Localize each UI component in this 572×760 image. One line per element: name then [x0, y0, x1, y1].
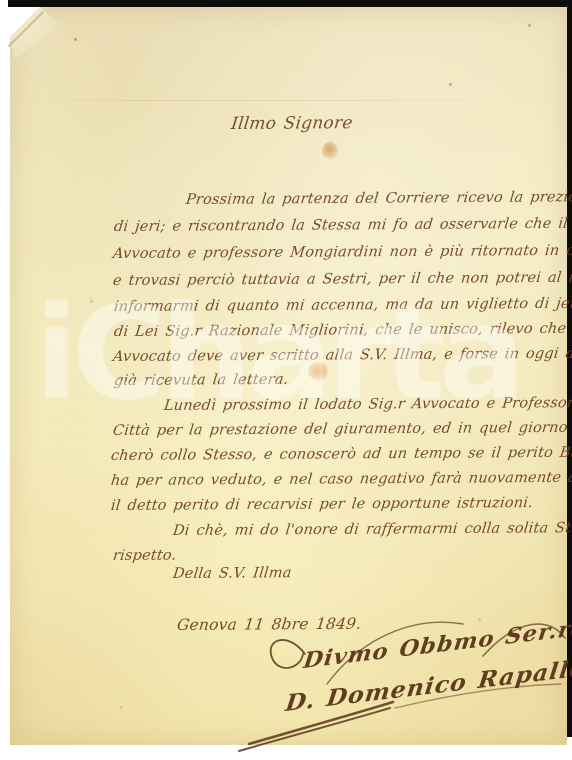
letter-line: Prossima la partenza del Corriere ricevo…: [185, 189, 572, 208]
paper-speck: [528, 24, 531, 27]
letter-line: di Lei Sig.r Razionale Migliorini, che l…: [113, 320, 572, 340]
paper-speck: [449, 83, 452, 86]
letter-line: Avvocato deve aver scritto alla S.V. Ill…: [112, 345, 572, 365]
letter-line: Lunedì prossimo il lodato Sig.r Avvocato…: [163, 395, 572, 414]
letter-line: di jeri; e riscontrando la Stessa mi fo …: [113, 215, 572, 235]
horizontal-crease: [12, 100, 564, 101]
paper-speck: [74, 38, 77, 41]
letter-line: il detto perito di recarvisi per le oppo…: [110, 495, 534, 514]
paper-speck: [120, 706, 123, 709]
letter-line: Città per la prestazione del giuramento,…: [112, 419, 572, 439]
paper-speck: [90, 300, 93, 303]
letter-line: già ricevuta la lettera.: [113, 372, 289, 389]
letter-line: Avvocato e professore Mongiardini non è …: [112, 243, 572, 262]
letter-closing-line: rispetto.: [112, 548, 177, 564]
letter-line: cherò collo Stesso, e conoscerò ad un te…: [110, 444, 572, 464]
letter-closing-line: Di chè, mi do l'onore di raffermarmi col…: [172, 520, 572, 539]
letter-line: ha per anco veduto, e nel caso negativo …: [110, 469, 572, 489]
letter-salutation: Illmo Signore: [230, 113, 354, 134]
letter-line: informarmi di quanto mi accenna, ma da u…: [113, 296, 572, 315]
paper-speck: [478, 618, 481, 621]
scan-border-top: [8, 0, 572, 7]
letter-photo: Illmo Signore Prossima la partenza del C…: [0, 0, 572, 760]
letter-closing-line: Della S.V. Illma: [172, 565, 292, 582]
letter-dateline: Genova 11 8bre 1849.: [176, 615, 362, 634]
letter-line: e trovasi perciò tuttavia a Sestri, per …: [112, 269, 572, 289]
